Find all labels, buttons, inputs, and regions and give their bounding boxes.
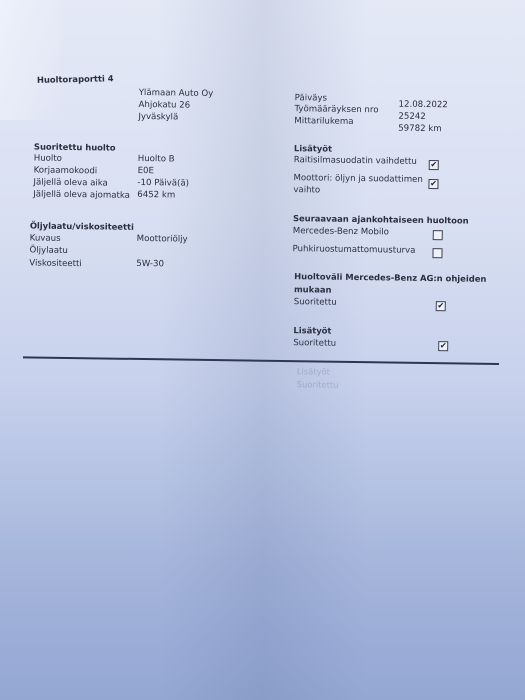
performed-service-heading: Suoritettu huolto: [34, 141, 116, 153]
date-label: Päiväys: [295, 93, 328, 104]
ghost-text-line2: Suoritettu: [297, 379, 339, 390]
next-service-item-rust-protection: Puhkiruostumattomuusturva: [292, 244, 415, 257]
remaining-distance-value: 6452 km: [137, 190, 175, 202]
work-order-value: 25242: [398, 112, 425, 123]
remaining-time-label: Jäljellä oleva aika: [33, 177, 108, 189]
remaining-time-value: -10 Päivä(ä): [137, 178, 189, 190]
workshop-code-label: Korjaamokoodi: [34, 165, 98, 177]
service-label: Huolto: [34, 153, 62, 164]
divider-line: [23, 356, 499, 364]
oil-description-value: Moottoriöljy: [137, 234, 188, 246]
odometer-value: 59782 km: [398, 124, 442, 136]
oil-heading: Öljylaatu/viskositeetti: [30, 220, 134, 232]
interval-performed-checkbox[interactable]: ✔: [436, 301, 446, 311]
air-filter-checkbox[interactable]: ✔: [429, 160, 439, 170]
service-report-page: Huoltoraportti 4 Ylämaan Auto Oy Ahjokat…: [0, 0, 525, 700]
interval-heading-line2: mukaan: [294, 284, 332, 296]
viscosity-label: Viskositeetti: [29, 258, 82, 270]
date-value: 12.08.2022: [398, 100, 447, 112]
interval-heading-line1: Huoltoväli Mercedes-Benz AG:n ohjeiden: [294, 271, 486, 285]
odometer-label: Mittarilukema: [294, 116, 353, 128]
oil-description-label: Kuvaus: [30, 233, 61, 244]
extra-work-item-oil-change-line1: Moottori: öljyn ja suodattimen: [293, 173, 422, 186]
report-title: Huoltoraportti 4: [37, 73, 114, 86]
next-service-heading: Seuraavaan ajankohtaiseen huoltoon: [293, 213, 469, 226]
company-street: Ahjokatu 26: [138, 100, 190, 112]
extra-work-item-oil-change-line2: vaihto: [293, 185, 320, 196]
rust-protection-checkbox[interactable]: [432, 248, 442, 258]
extra-work-2-heading: Lisätyöt: [293, 325, 331, 337]
extra-work-heading: Lisätyöt: [294, 143, 332, 155]
company-name: Ylämaan Auto Oy: [139, 88, 214, 100]
interval-performed-label: Suoritettu: [294, 297, 337, 309]
oil-change-checkbox[interactable]: ✔: [428, 179, 438, 189]
viscosity-value: 5W-30: [136, 259, 164, 270]
company-city: Jyväskylä: [138, 112, 178, 124]
workshop-code-value: E0E: [138, 166, 154, 177]
oil-quality-label: Öljylaatu: [29, 245, 68, 257]
extra-work-2-performed-label: Suoritettu: [293, 338, 336, 350]
extra-work-item-air-filter: Raitisilmasuodatin vaihdettu: [294, 155, 417, 168]
service-value: Huolto B: [138, 154, 175, 166]
work-order-label: Työmääräyksen nro: [294, 104, 378, 116]
next-service-item-mobilo: Mercedes-Benz Mobilo: [293, 226, 389, 238]
remaining-distance-label: Jäljellä oleva ajomatka: [33, 189, 130, 201]
extra-work-2-performed-checkbox[interactable]: ✔: [438, 341, 448, 351]
mobilo-checkbox[interactable]: [433, 230, 443, 240]
ghost-text-line1: Lisätyöt: [297, 366, 330, 376]
